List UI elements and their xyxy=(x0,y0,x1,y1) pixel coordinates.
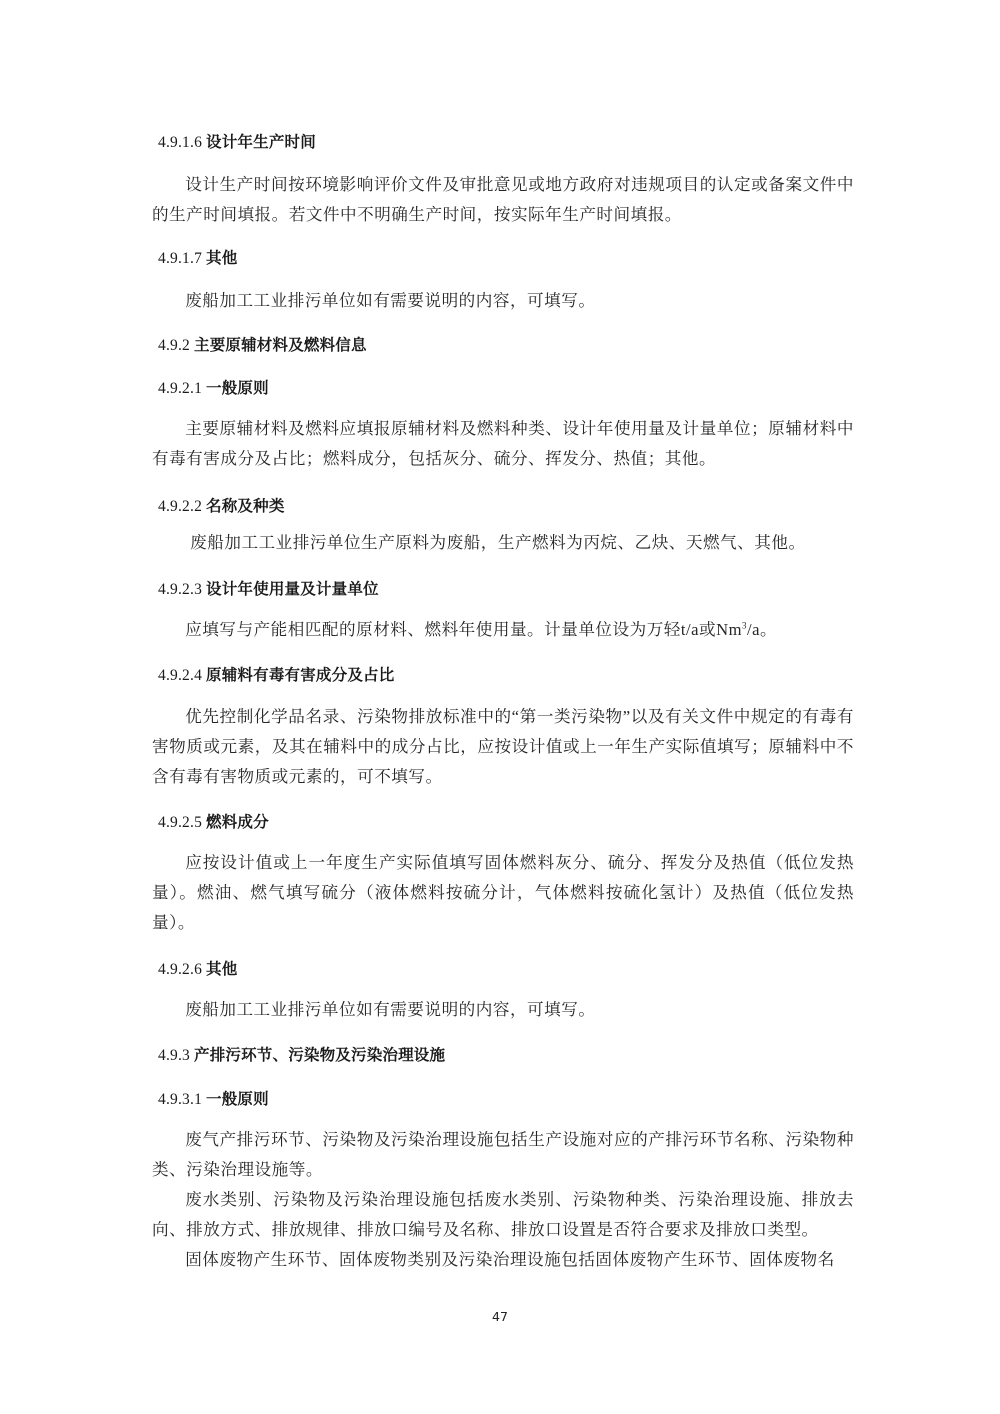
paragraph-toxic-components: 优先控制化学品名录、污染物排放标准中的“第一类污染物”以及有关文件中规定的有毒有… xyxy=(152,702,854,792)
section-title: 产排污环节、污染物及污染治理设施 xyxy=(194,1047,445,1064)
section-title: 其他 xyxy=(206,250,237,267)
section-heading-4-9-2: 4.9.2主要原辅材料及燃料信息 xyxy=(158,333,367,355)
paragraph-waste-gas: 废气产排污环节、污染物及污染治理设施包括生产设施对应的产排污环节名称、污染物种类… xyxy=(152,1125,854,1185)
section-heading-4-9-2-5: 4.9.2.5燃料成分 xyxy=(158,810,269,832)
section-title: 燃料成分 xyxy=(206,814,269,831)
section-number: 4.9.2.5 xyxy=(158,814,202,831)
section-title: 设计年生产时间 xyxy=(206,134,316,151)
section-title: 名称及种类 xyxy=(206,498,285,515)
section-number: 4.9.1.6 xyxy=(158,134,202,151)
paragraph-name-and-type: 废船加工工业排污单位生产原料为废船，生产燃料为丙烷、乙炔、天燃气、其他。 xyxy=(152,528,854,558)
paragraph-annual-usage-units: 应填写与产能相匹配的原材料、燃料年使用量。计量单位设为万轻t/a或Nm3/a。 xyxy=(152,615,854,645)
section-title: 一般原则 xyxy=(206,1091,269,1108)
paragraph-other-4-9-2-6: 废船加工工业排污单位如有需要说明的内容，可填写。 xyxy=(152,995,854,1025)
section-number: 4.9.1.7 xyxy=(158,250,202,267)
paragraph-design-production-time: 设计生产时间按环境影响评价文件及审批意见或地方政府对违规项目的认定或备案文件中的… xyxy=(152,170,854,230)
section-number: 4.9.3 xyxy=(158,1047,190,1064)
section-title: 主要原辅材料及燃料信息 xyxy=(194,337,367,354)
section-title: 设计年使用量及计量单位 xyxy=(206,581,379,598)
section-heading-4-9-3-1: 4.9.3.1一般原则 xyxy=(158,1087,269,1109)
paragraph-other-4-9-1-7: 废船加工工业排污单位如有需要说明的内容，可填写。 xyxy=(152,286,854,316)
section-number: 4.9.3.1 xyxy=(158,1091,202,1108)
section-heading-4-9-2-1: 4.9.2.1一般原则 xyxy=(158,376,269,398)
section-number: 4.9.2 xyxy=(158,337,190,354)
section-title: 一般原则 xyxy=(206,380,269,397)
section-heading-4-9-2-6: 4.9.2.6其他 xyxy=(158,957,237,979)
section-heading-4-9-2-2: 4.9.2.2名称及种类 xyxy=(158,494,285,516)
usage-units-text: 应填写与产能相匹配的原材料、燃料年使用量。计量单位设为万轻t/a或Nm xyxy=(185,620,742,639)
document-page: 4.9.1.6设计年生产时间 设计生产时间按环境影响评价文件及审批意见或地方政府… xyxy=(0,0,1000,1414)
usage-units-suffix: /a。 xyxy=(747,620,777,639)
paragraph-general-principle-materials: 主要原辅材料及燃料应填报原辅材料及燃料种类、设计年使用量及计量单位；原辅材料中有… xyxy=(152,414,854,474)
paragraph-waste-water: 废水类别、污染物及污染治理设施包括废水类别、污染物种类、污染治理设施、排放去向、… xyxy=(152,1185,854,1245)
section-heading-4-9-1-7: 4.9.1.7其他 xyxy=(158,246,237,268)
section-number: 4.9.2.4 xyxy=(158,667,202,684)
paragraph-solid-waste: 固体废物产生环节、固体废物类别及污染治理设施包括固体废物产生环节、固体废物名 xyxy=(152,1245,854,1275)
section-number: 4.9.2.3 xyxy=(158,581,202,598)
section-title: 其他 xyxy=(206,961,237,978)
section-heading-4-9-1-6: 4.9.1.6设计年生产时间 xyxy=(158,130,316,152)
section-heading-4-9-2-3: 4.9.2.3设计年使用量及计量单位 xyxy=(158,577,379,599)
section-number: 4.9.2.2 xyxy=(158,498,202,515)
section-title: 原辅料有毒有害成分及占比 xyxy=(206,667,394,684)
paragraph-fuel-composition: 应按设计值或上一年度生产实际值填写固体燃料灰分、硫分、挥发分及热值（低位发热量）… xyxy=(152,848,854,938)
page-number: 47 xyxy=(0,1309,1000,1324)
section-heading-4-9-3: 4.9.3产排污环节、污染物及污染治理设施 xyxy=(158,1043,445,1065)
section-heading-4-9-2-4: 4.9.2.4原辅料有毒有害成分及占比 xyxy=(158,663,394,685)
section-number: 4.9.2.1 xyxy=(158,380,202,397)
section-number: 4.9.2.6 xyxy=(158,961,202,978)
